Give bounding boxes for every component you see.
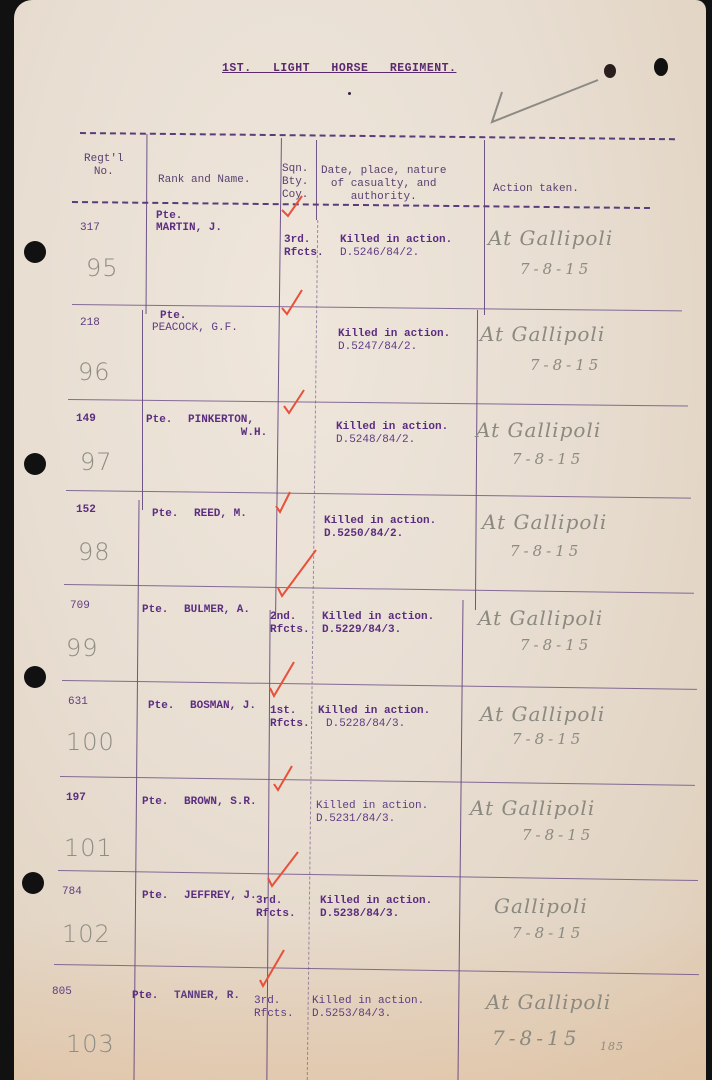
casualty: Killed in action. (340, 234, 452, 247)
punch-hole (24, 453, 46, 475)
check-mark-icon (282, 388, 306, 418)
folio-number: 98 (78, 538, 111, 566)
soldier-name: PINKERTON, W.H. (188, 414, 267, 440)
regt-no: 631 (68, 696, 88, 709)
casualty: Killed in action. (318, 705, 430, 718)
soldier-name: REED, M. (194, 508, 247, 521)
casualty: Killed in action. (322, 611, 434, 624)
regt-no: 197 (66, 792, 86, 805)
rank: Pte. (146, 414, 172, 427)
column-divider (316, 140, 317, 220)
action-place: At Gallipoli (470, 796, 595, 820)
action-place: At Gallipoli (476, 418, 601, 442)
rank: Pte. (142, 890, 168, 903)
header-casualty: Date, place, nature of casualty, and aut… (321, 165, 446, 204)
folio-number: 101 (64, 834, 113, 862)
action-date: 7-8-15 (492, 1026, 580, 1050)
folio-number: 99 (66, 634, 99, 662)
action-place: At Gallipoli (482, 510, 607, 534)
casualty: Killed in action. (320, 895, 432, 908)
column-divider (484, 140, 485, 315)
action-date: 7-8-15 (520, 636, 592, 654)
action-place: At Gallipoli (488, 226, 613, 250)
regt-no: 709 (70, 600, 90, 613)
action-place: At Gallipoli (478, 606, 603, 630)
squadron: 3rd. Rfcts. (254, 995, 294, 1021)
action-date: 7-8-15 (512, 730, 584, 748)
folio-number: 100 (66, 728, 115, 756)
squadron: 3rd. Rfcts. (256, 895, 296, 921)
check-mark-icon (280, 288, 304, 318)
action-place: Gallipoli (494, 894, 588, 918)
action-date: 7-8-15 (510, 542, 582, 560)
authority: D.5248/84/2. (336, 434, 415, 447)
check-mark-icon (258, 948, 288, 988)
pencil-tick-icon (488, 72, 608, 132)
soldier-name: PEACOCK, G.F. (152, 322, 238, 335)
header-action: Action taken. (493, 183, 579, 196)
soldier-name: MARTIN, J. (156, 222, 222, 235)
punch-hole (22, 872, 44, 894)
authority: D.5247/84/2. (338, 341, 417, 354)
squadron: 1st. Rfcts. (270, 705, 310, 731)
ink-dot (348, 92, 351, 95)
regt-no: 218 (80, 317, 100, 330)
regt-no: 317 (80, 222, 100, 235)
soldier-name: BROWN, S.R. (184, 796, 257, 809)
rank: Pte. (152, 508, 178, 521)
rank: Pte. (148, 700, 174, 713)
authority: D.5228/84/3. (326, 718, 405, 731)
regt-no: 784 (62, 886, 82, 899)
authority: D.5238/84/3. (320, 908, 399, 921)
rank: Pte. (142, 796, 168, 809)
authority: D.5229/84/3. (322, 624, 401, 637)
action-place: At Gallipoli (480, 322, 605, 346)
authority: D.5250/84/2. (324, 528, 403, 541)
folio-number: 102 (62, 920, 111, 948)
action-date: 7-8-15 (512, 450, 584, 468)
header-regt-no: Regt'l No. (84, 153, 124, 179)
check-mark-icon (272, 764, 296, 794)
check-mark-icon (280, 194, 304, 220)
page-mark: 185 (600, 1040, 624, 1053)
folio-number: 97 (80, 448, 113, 476)
punch-hole (24, 666, 46, 688)
check-mark-icon (268, 660, 298, 700)
regt-no: 152 (76, 504, 96, 517)
casualty: Killed in action. (338, 328, 450, 341)
authority: D.5231/84/3. (316, 813, 395, 826)
check-mark-icon (266, 850, 302, 890)
soldier-name: BULMER, A. (184, 604, 250, 617)
squadron: 3rd. Rfcts. (284, 234, 324, 260)
casualty: Killed in action. (316, 800, 428, 813)
squadron: 2nd. Rfcts. (270, 611, 310, 637)
regt-no: 149 (76, 413, 96, 426)
check-mark-icon (274, 548, 320, 600)
regt-no: 805 (52, 986, 72, 999)
rank: Pte. (132, 990, 158, 1003)
action-date: 7-8-15 (512, 924, 584, 942)
casualty: Killed in action. (324, 515, 436, 528)
check-mark-icon (274, 490, 294, 516)
header-rank-name: Rank and Name. (158, 174, 250, 187)
action-date: 7-8-15 (522, 826, 594, 844)
column-divider (142, 310, 143, 510)
soldier-name: JEFFREY, J. (184, 890, 257, 903)
rank: Pte. (142, 604, 168, 617)
folio-number: 95 (86, 254, 119, 282)
folio-number: 96 (78, 358, 111, 386)
soldier-name: BOSMAN, J. (190, 700, 256, 713)
action-date: 7-8-15 (520, 260, 592, 278)
authority: D.5246/84/2. (340, 247, 419, 260)
punch-hole (24, 241, 46, 263)
action-place: At Gallipoli (486, 990, 611, 1014)
action-date: 7-8-15 (530, 356, 602, 374)
casualty: Killed in action. (336, 421, 448, 434)
folio-number: 103 (66, 1030, 115, 1058)
casualty: Killed in action. (312, 995, 424, 1008)
soldier-name: TANNER, R. (174, 990, 240, 1003)
punch-hole (654, 58, 668, 76)
action-place: At Gallipoli (480, 702, 605, 726)
authority: D.5253/84/3. (312, 1008, 391, 1021)
document-title: 1ST. LIGHT HORSE REGIMENT. (222, 62, 456, 75)
